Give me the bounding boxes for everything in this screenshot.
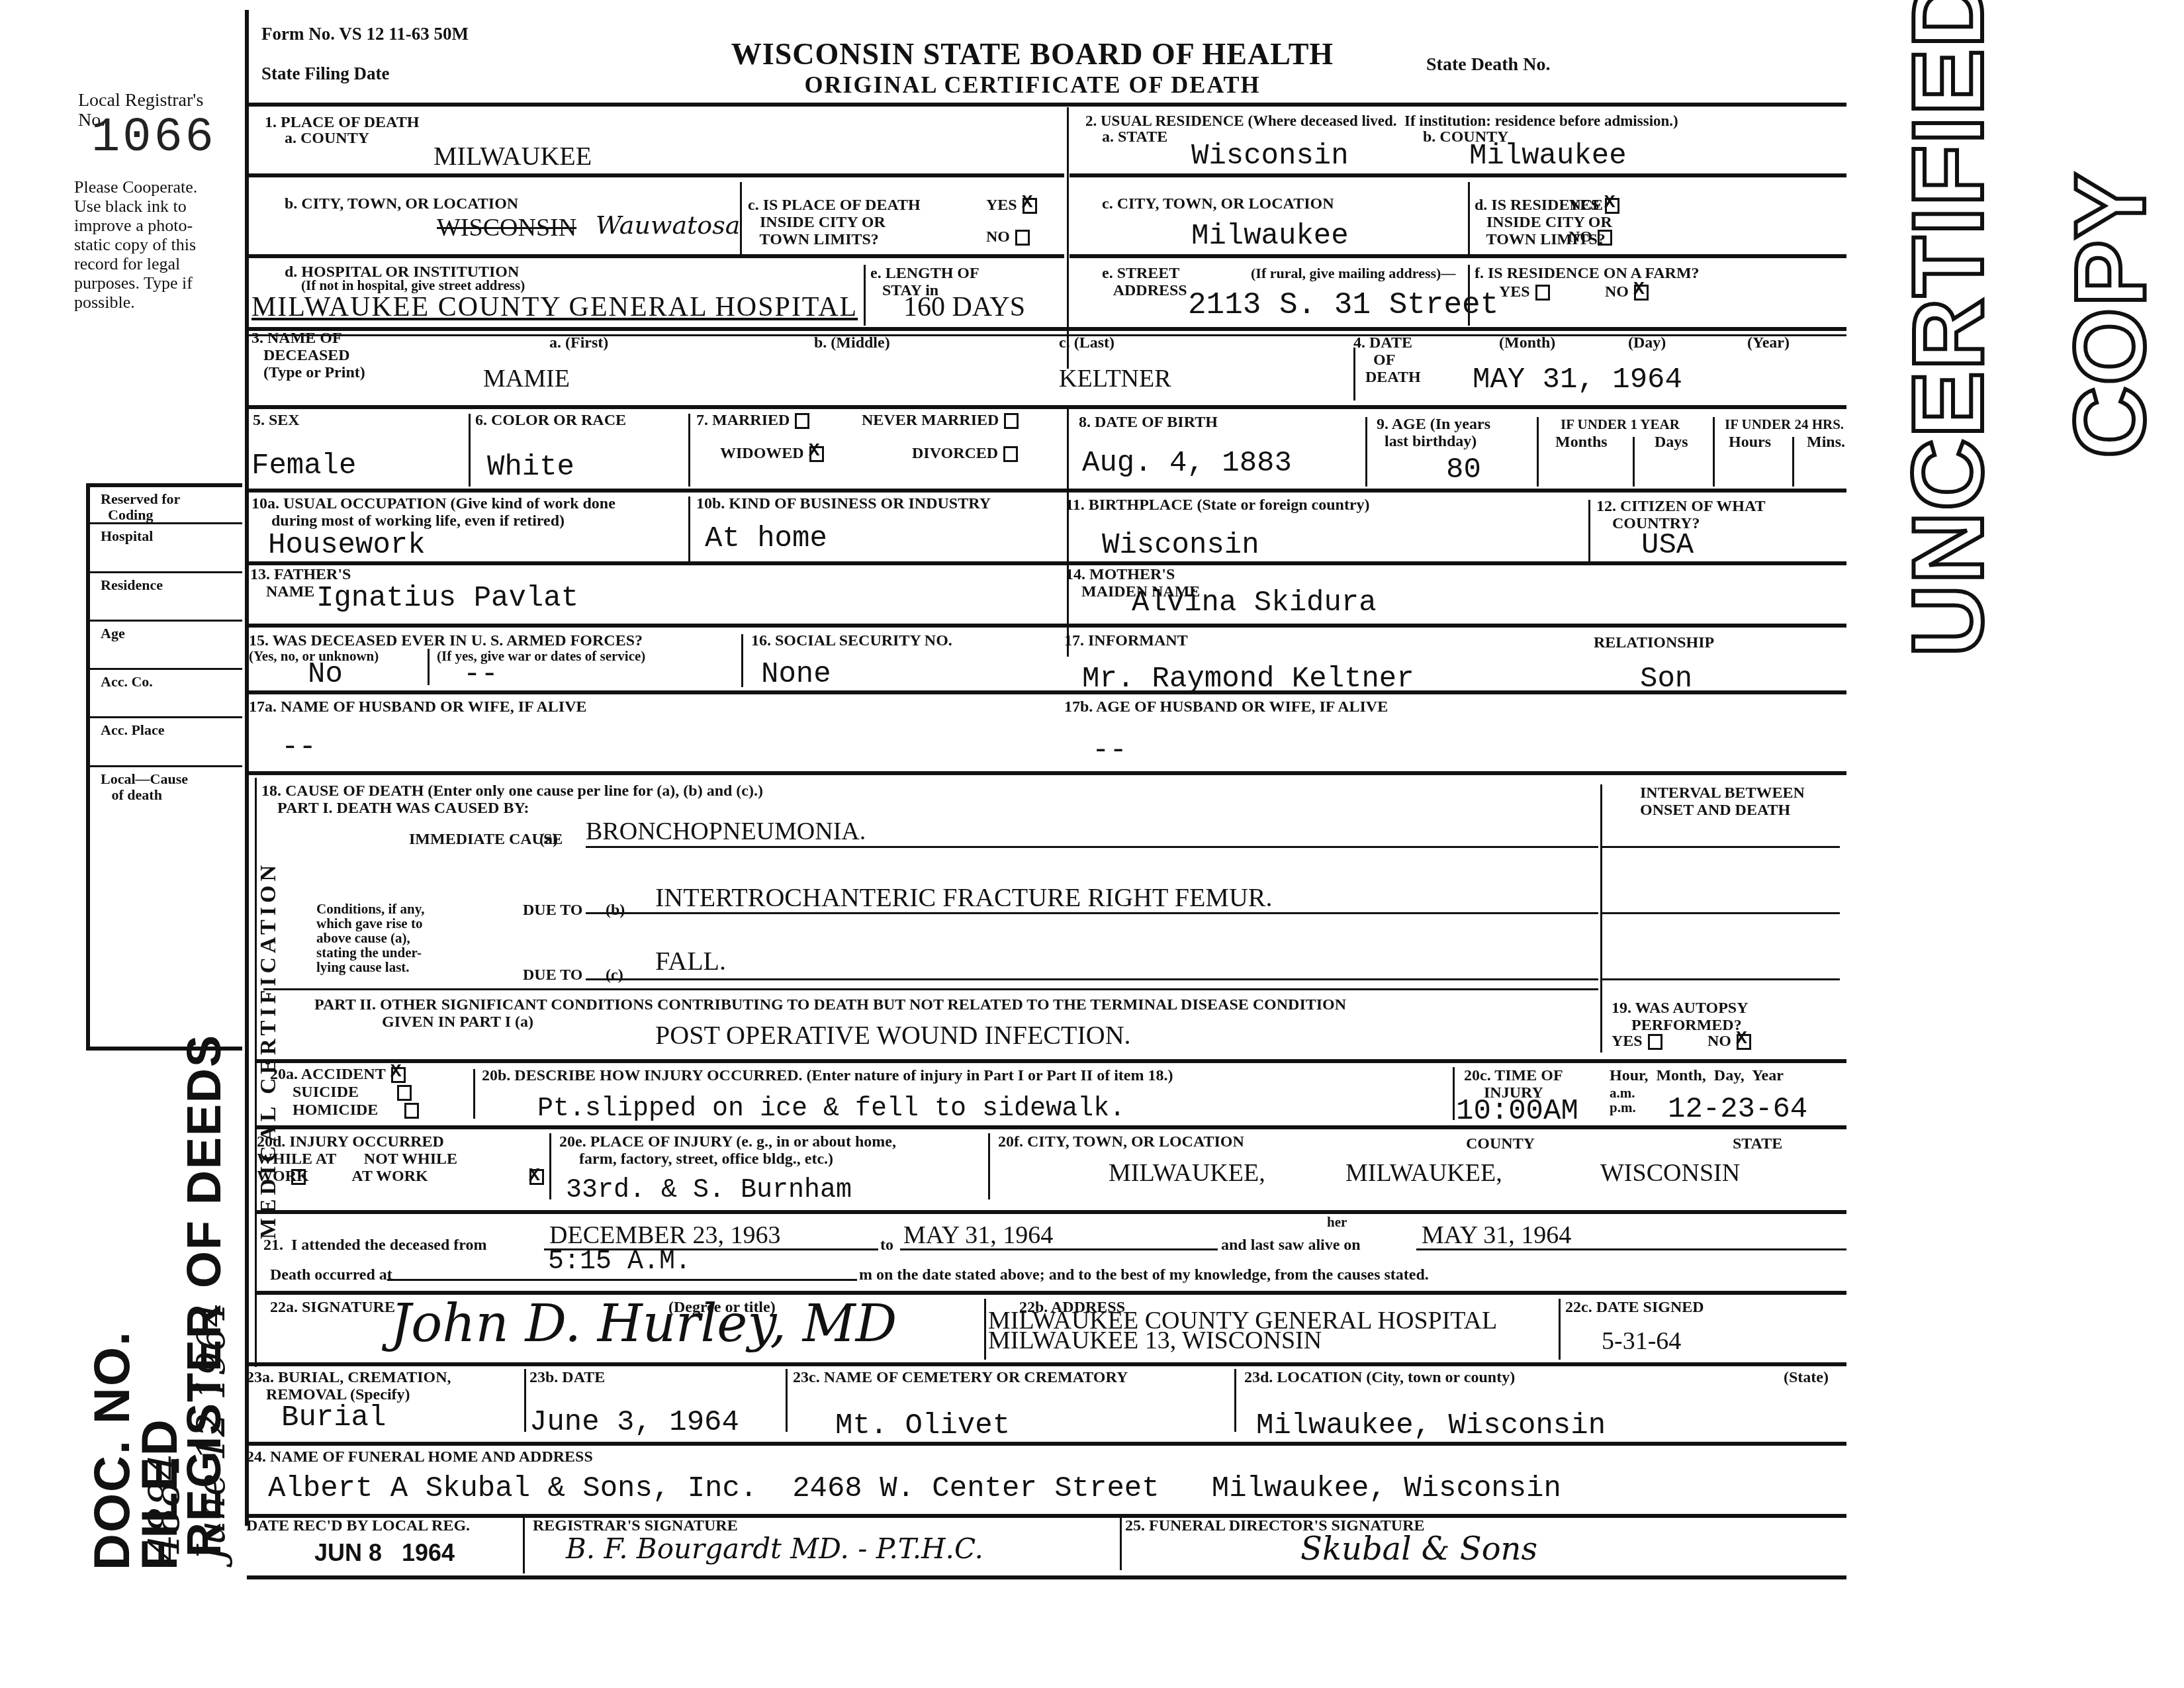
death-county-label: a. COUNTY — [285, 130, 369, 147]
date-of-death-value: MAY 31, 1964 — [1473, 364, 1682, 396]
divider — [247, 1575, 1846, 1579]
no-label: NO — [1605, 283, 1629, 301]
never-married-option: NEVER MARRIED — [862, 412, 1019, 429]
attended-to-value: MAY 31, 1964 — [903, 1219, 1053, 1251]
cause-c-marker: (c) — [606, 966, 623, 984]
spouse-age-value: -- — [1092, 735, 1127, 767]
divider — [247, 561, 1846, 565]
father-name-value: Ignatius Pavlat — [316, 583, 578, 614]
months-label: Months — [1555, 434, 1608, 451]
business-label: 10b. KIND OF BUSINESS OR INDUSTRY — [696, 495, 991, 512]
accident-label: 20a. ACCIDENT — [270, 1066, 386, 1083]
street-label: e. STREET ADDRESS — [1102, 265, 1187, 299]
widowed-option: WIDOWED — [720, 445, 824, 462]
date-received-value: JUN 8 1964 — [314, 1537, 455, 1569]
divider — [257, 1125, 1846, 1129]
divider — [586, 912, 1598, 914]
hours-label: Hours — [1729, 434, 1771, 451]
occupation-value: Housework — [268, 530, 426, 561]
certificate-subtitle: ORIGINAL CERTIFICATE OF DEATH — [702, 71, 1363, 99]
residence-city-label: c. CITY, TOWN, OR LOCATION — [1102, 195, 1334, 212]
dob-label: 8. DATE OF BIRTH — [1079, 414, 1218, 431]
divider — [1559, 1299, 1561, 1360]
at-work-label: 20d. INJURY OCCURRED WHILE AT NOT WHILE … — [257, 1133, 457, 1185]
hospital-value: MILWAUKEE COUNTY GENERAL HOSPITAL — [251, 291, 858, 323]
interval-label: INTERVAL BETWEEN ONSET AND DEATH — [1640, 784, 1805, 819]
to-label: to — [880, 1237, 893, 1254]
street-value: 2113 S. 31 Street — [1188, 289, 1498, 322]
coding-cell: Acc. Place — [90, 716, 242, 718]
days-label: Days — [1655, 434, 1688, 451]
farm-label: f. IS RESIDENCE ON A FARM? — [1475, 265, 1700, 282]
widowed-label: WIDOWED — [720, 445, 804, 462]
divider — [1713, 417, 1715, 487]
divider — [247, 1362, 1846, 1366]
signature-label: 22a. SIGNATURE — [270, 1299, 395, 1316]
coding-label: Hospital — [101, 528, 153, 544]
local-registrar-number: 1066 — [91, 111, 216, 164]
uncertified-text: UNCERTIFIED — [1892, 0, 2003, 657]
farm-no: NO — [1605, 283, 1649, 301]
injury-state-value: WISCONSIN — [1600, 1157, 1740, 1189]
coding-label: Residence — [101, 577, 163, 593]
year-label: (Year) — [1747, 334, 1790, 352]
injury-county-label: COUNTY — [1466, 1135, 1535, 1152]
divider — [688, 414, 690, 487]
checkbox[interactable] — [1598, 230, 1612, 246]
ssn-value: None — [761, 659, 831, 690]
divider — [245, 103, 1846, 107]
divider — [247, 254, 1064, 258]
form-left-border — [245, 10, 249, 1526]
divider — [1120, 1517, 1122, 1570]
injury-how-label: 20b. DESCRIBE HOW INJURY OCCURRED. (Ente… — [482, 1067, 1173, 1084]
medical-certification-label: MEDICAL CERTIFICATION — [248, 861, 279, 1244]
citizen-label: 12. CITIZEN OF WHAT COUNTRY? — [1596, 498, 1766, 532]
cemetery-value: Mt. Olivet — [835, 1410, 1010, 1442]
citizen-value: USA — [1641, 530, 1694, 561]
divider — [786, 1369, 788, 1432]
divider — [247, 405, 1846, 409]
married-label: 7. MARRIED — [696, 412, 790, 429]
mother-name-value: Alvina Skidura — [1132, 587, 1377, 619]
physician-address-line2: MILWAUKEE 13, WISCONSIN — [988, 1327, 1322, 1354]
divider — [864, 265, 866, 326]
alive-on-text: alive on — [1308, 1237, 1360, 1254]
injury-state-label: STATE — [1733, 1135, 1782, 1152]
divider — [247, 334, 1846, 336]
divider — [1602, 846, 1840, 848]
checkbox[interactable] — [1535, 285, 1550, 301]
divider — [1468, 265, 1470, 326]
injury-county-value: MILWAUKEE, — [1345, 1157, 1502, 1189]
armed-forces-service-value: -- — [463, 659, 498, 690]
death-city-label: b. CITY, TOWN, OR LOCATION — [285, 195, 518, 212]
checkbox[interactable] — [1003, 446, 1018, 462]
divider — [428, 649, 430, 685]
residence-inside-city-yes: YES — [1569, 197, 1619, 214]
autopsy-no: NO — [1707, 1033, 1751, 1050]
at-work-checkbox[interactable] — [291, 1169, 306, 1185]
coding-label: Acc. Place — [101, 722, 165, 738]
burial-date-value: June 3, 1964 — [529, 1407, 739, 1438]
checkbox-checked[interactable] — [1023, 198, 1037, 214]
middle-name-label: b. (Middle) — [814, 334, 890, 352]
divider — [1453, 1067, 1455, 1120]
checkbox-checked[interactable] — [1737, 1034, 1751, 1050]
divorced-option: DIVORCED — [912, 445, 1018, 462]
checkbox[interactable] — [1648, 1034, 1662, 1050]
checkbox[interactable] — [404, 1103, 419, 1119]
death-county-value: MILWAUKEE — [433, 140, 592, 172]
funeral-home-label: 24. NAME OF FUNERAL HOME AND ADDRESS — [246, 1448, 593, 1466]
armed-forces-label: 15. WAS DECEASED EVER IN U. S. ARMED FOR… — [249, 632, 643, 649]
date-signed-label: 22c. DATE SIGNED — [1565, 1299, 1704, 1316]
burial-location-state-label: (State) — [1784, 1369, 1829, 1386]
her-label: her — [1327, 1215, 1347, 1229]
divider — [549, 1133, 551, 1199]
last-saw-value: MAY 31, 1964 — [1422, 1219, 1571, 1251]
cause-b-value: INTERTROCHANTERIC FRACTURE RIGHT FEMUR. — [655, 882, 1272, 914]
divider — [740, 182, 742, 255]
race-value: White — [487, 451, 574, 483]
death-time-value: 5:15 A.M. — [548, 1246, 691, 1278]
coding-cell: Local—Cause of death — [90, 765, 242, 767]
spouse-name-value: -- — [281, 731, 316, 763]
coding-cell: Hospital — [90, 522, 242, 524]
no-label: NO — [1707, 1033, 1731, 1050]
local-registrar-label: Local Registrar's — [78, 91, 203, 110]
residence-state-value: Wisconsin — [1191, 140, 1349, 172]
divorced-label: DIVORCED — [912, 445, 998, 462]
age-label: 9. AGE (In years last birthday) — [1377, 416, 1490, 450]
coding-label: Age — [101, 626, 125, 641]
dob-value: Aug. 4, 1883 — [1082, 447, 1292, 479]
accident-option: 20a. ACCIDENT — [270, 1066, 406, 1083]
attended-label: 21. I attended the deceased from — [263, 1237, 487, 1254]
birthplace-label: 11. BIRTHPLACE (State or foreign country… — [1066, 496, 1370, 514]
instructions-text: Please Cooperate. Use black ink to impro… — [74, 177, 197, 312]
yes-label: YES — [1612, 1033, 1643, 1050]
business-value: At home — [705, 523, 827, 555]
spouse-name-label: 17a. NAME OF HUSBAND OR WIFE, IF ALIVE — [249, 698, 587, 716]
deceased-name-label: 3. NAME OF DECEASED (Type or Print) — [251, 330, 365, 381]
divider — [1365, 417, 1367, 487]
coding-cell: Acc. Co. — [90, 668, 242, 670]
disposition-value: Burial — [281, 1402, 386, 1434]
divider — [387, 1279, 857, 1281]
register-label: REGISTER OF DEEDS — [178, 1034, 231, 1557]
divider — [984, 1299, 986, 1360]
coding-box: Reserved for Coding Hospital Residence A… — [86, 483, 242, 1051]
coding-cell: Residence — [90, 571, 242, 573]
divider — [247, 489, 1846, 492]
first-name-label: a. (First) — [549, 334, 608, 352]
divider — [247, 173, 1064, 177]
no-label: NO — [1569, 228, 1592, 246]
autopsy-label: 19. WAS AUTOPSY PERFORMED? — [1612, 1000, 1749, 1034]
divider — [1602, 912, 1840, 914]
spouse-age-label: 17b. AGE OF HUSBAND OR WIFE, IF ALIVE — [1064, 698, 1388, 716]
mins-label: Mins. — [1807, 434, 1845, 451]
divider — [524, 1369, 526, 1432]
stay-value: 160 DAYS — [903, 291, 1025, 323]
date-of-death-label: 4. DATE OF DEATH — [1353, 334, 1421, 386]
usual-residence-label: 2. USUAL RESIDENCE (Where deceased lived… — [1085, 113, 1678, 130]
last-saw-text: and last saw — [1221, 1237, 1304, 1254]
occupation-label: 10a. USUAL OCCUPATION (Give kind of work… — [251, 495, 615, 530]
divider — [473, 1069, 475, 1119]
never-married-label: NEVER MARRIED — [862, 412, 999, 429]
due-to-b-label: DUE TO — [523, 902, 582, 919]
autopsy-yes: YES — [1612, 1033, 1662, 1050]
divider — [688, 496, 690, 563]
last-name-value: KELTNER — [1059, 363, 1171, 395]
copy-stamp: COPY — [2045, 171, 2163, 463]
register-of-deeds-stamp: REGISTER OF DEEDS — [165, 1034, 232, 1562]
disposition-label: 23a. BURIAL, CREMATION, REMOVAL (Specify… — [246, 1369, 451, 1403]
divider — [1468, 182, 1470, 255]
injury-how-value: Pt.slipped on ice & fell to sidewalk. — [537, 1094, 1125, 1125]
ssn-label: 16. SOCIAL SECURITY NO. — [751, 632, 952, 649]
relationship-label: RELATIONSHIP — [1594, 634, 1714, 651]
armed-forces-value: No — [308, 659, 343, 690]
divider — [1633, 437, 1635, 487]
residence-city-value: Milwaukee — [1191, 220, 1349, 252]
state-filing-date-label: State Filing Date — [261, 65, 389, 82]
divider — [1537, 417, 1539, 487]
coding-label: Acc. Co. — [101, 674, 153, 690]
divider — [900, 1248, 1218, 1250]
date-received-label: DATE REC'D BY LOCAL REG. — [246, 1517, 470, 1534]
divider — [586, 978, 1598, 980]
cause-of-death-label: 18. CAUSE OF DEATH (Enter only one cause… — [261, 782, 763, 817]
under-1-year-label: IF UNDER 1 YEAR — [1561, 417, 1680, 432]
farm-yes: YES — [1499, 283, 1550, 301]
sex-value: Female — [251, 450, 356, 482]
checkbox-checked[interactable] — [1634, 285, 1649, 301]
divider — [247, 327, 1846, 331]
divider — [1069, 173, 1846, 177]
coding-cell: Age — [90, 620, 242, 622]
last-name-label: c. (Last) — [1059, 334, 1115, 352]
due-to-c-label: DUE TO — [523, 966, 582, 984]
copy-text: COPY — [2054, 171, 2165, 458]
divider — [1234, 1369, 1236, 1432]
checkbox[interactable] — [1015, 230, 1030, 246]
checkbox-checked[interactable] — [391, 1067, 406, 1083]
checkbox[interactable] — [397, 1085, 412, 1101]
street-sublabel: (If rural, give mailing address)— — [1251, 265, 1455, 282]
divider — [1602, 978, 1840, 980]
divider — [988, 1133, 990, 1199]
injury-city-label: 20f. CITY, TOWN, OR LOCATION — [998, 1133, 1244, 1150]
divider — [586, 846, 1598, 848]
burial-location-label: 23d. LOCATION (City, town or county) — [1244, 1369, 1515, 1386]
suicide-option: SUICIDE — [293, 1084, 412, 1101]
injury-time-columns: Hour, Month, Day, Year — [1610, 1067, 1784, 1084]
divider — [1416, 1248, 1846, 1250]
physician-signature: John D. Hurley, MD — [390, 1294, 897, 1354]
divider — [247, 771, 1846, 775]
injury-city-value: MILWAUKEE, — [1109, 1157, 1265, 1189]
funeral-home-value: Albert A Skubal & Sons, Inc. 2468 W. Cen… — [268, 1473, 1561, 1505]
cause-b-marker: (b) — [606, 902, 625, 919]
divider — [247, 624, 1846, 628]
married-option: 7. MARRIED — [696, 412, 809, 429]
burial-date-label: 23b. DATE — [529, 1369, 605, 1386]
funeral-director-signature: Skubal & Sons — [1300, 1530, 1537, 1568]
place-of-injury-label: 20e. PLACE OF INJURY (e. g., in or about… — [559, 1133, 896, 1168]
injury-time-value: 10:00AM — [1456, 1096, 1578, 1127]
race-label: 6. COLOR OR RACE — [475, 412, 626, 429]
divider — [247, 1514, 1846, 1518]
part-ii-value: POST OPERATIVE WOUND INFECTION. — [655, 1019, 1131, 1051]
age-value: 80 — [1446, 454, 1481, 486]
divider — [1588, 500, 1590, 563]
month-label: (Month) — [1499, 334, 1555, 352]
cause-a-value: BRONCHOPNEUMONIA. — [586, 816, 866, 847]
checkbox-checked[interactable] — [1605, 198, 1619, 214]
not-at-work-checkbox[interactable] — [529, 1169, 544, 1185]
suicide-label: SUICIDE — [293, 1084, 359, 1101]
last-saw-label: and last saw alive on — [1221, 1237, 1361, 1254]
injury-date-value: 12-23-64 — [1668, 1094, 1807, 1125]
death-city-struck: WISCONSIN — [437, 212, 576, 244]
divider — [523, 1517, 525, 1573]
checkbox[interactable] — [1004, 413, 1019, 429]
yes-label: YES — [1569, 197, 1600, 214]
am-pm-label: a.m. p.m. — [1610, 1086, 1636, 1115]
uncertified-stamp: UNCERTIFIED — [1883, 0, 2001, 662]
informant-label: 17. INFORMANT — [1064, 632, 1188, 649]
death-occurred-label: Death occurred at — [270, 1266, 392, 1284]
divider — [1600, 784, 1602, 1053]
form-number: Form No. VS 12 11-63 50M — [261, 25, 469, 42]
registrar-signature: B. F. Bourgardt MD. - P.T.H.C. — [566, 1532, 983, 1565]
death-occurred-suffix: m on the date stated above; and to the b… — [859, 1266, 1429, 1284]
yes-label: YES — [986, 197, 1017, 214]
cemetery-label: 23c. NAME OF CEMETERY OR CREMATORY — [793, 1369, 1128, 1386]
homicide-option: HOMICIDE — [293, 1102, 419, 1119]
checkbox[interactable] — [795, 413, 809, 429]
cause-a-marker: (a) — [539, 831, 558, 848]
divider — [257, 1059, 1846, 1063]
birthplace-value: Wisconsin — [1102, 530, 1259, 561]
divider — [469, 414, 471, 487]
residence-state-label: a. STATE — [1102, 128, 1167, 146]
certificate-title: WISCONSIN STATE BOARD OF HEALTH — [702, 36, 1363, 71]
homicide-label: HOMICIDE — [293, 1102, 378, 1119]
date-signed-value: 5-31-64 — [1602, 1325, 1681, 1357]
day-label: (Day) — [1628, 334, 1666, 352]
divider — [247, 690, 1846, 694]
coding-label: Reserved for Coding — [101, 491, 180, 523]
yes-label: YES — [1499, 283, 1530, 301]
residence-county-value: Milwaukee — [1469, 140, 1627, 172]
divider — [741, 634, 743, 687]
hospital-sublabel: (If not in hospital, give street address… — [301, 278, 525, 293]
divider — [257, 1210, 1846, 1214]
divider — [1067, 405, 1069, 657]
coding-label: Local—Cause of death — [101, 771, 188, 803]
sex-label: 5. SEX — [253, 412, 300, 429]
death-inside-city-yes: YES — [986, 197, 1037, 214]
divider — [263, 988, 1598, 990]
death-inside-city-label: c. IS PLACE OF DEATH INSIDE CITY OR TOWN… — [748, 197, 921, 248]
death-city-handwritten: Wauwatosa — [596, 211, 740, 240]
cause-c-value: FALL. — [655, 945, 726, 977]
place-of-injury-value: 33rd. & S. Burnham — [566, 1175, 852, 1207]
divider — [1792, 437, 1794, 487]
divider — [247, 1442, 1846, 1446]
first-name-value: MAMIE — [483, 363, 570, 395]
burial-location-value: Milwaukee, Wisconsin — [1256, 1410, 1606, 1442]
divider — [1069, 254, 1846, 258]
checkbox-checked[interactable] — [809, 446, 824, 462]
under-24-hrs-label: IF UNDER 24 HRS. — [1725, 417, 1844, 432]
residence-inside-city-no: NO — [1569, 228, 1612, 246]
conditions-label: Conditions, if any, which gave rise to a… — [316, 902, 424, 974]
death-inside-city-no: NO — [986, 228, 1030, 246]
no-label: NO — [986, 228, 1010, 246]
state-death-no-label: State Death No. — [1426, 56, 1550, 73]
place-of-death-label: 1. PLACE OF DEATH — [265, 114, 419, 131]
